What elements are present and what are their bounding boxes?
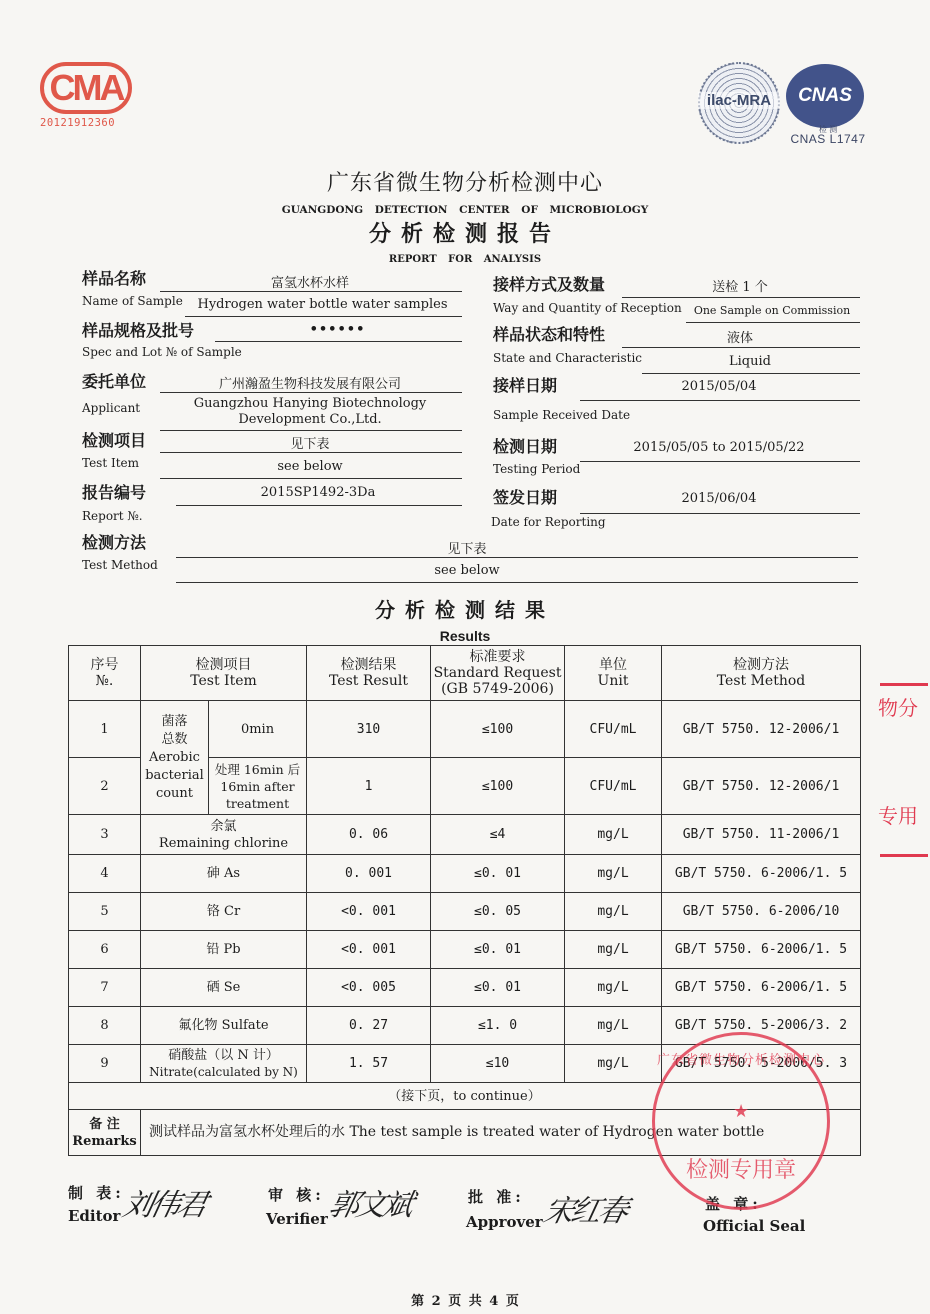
row-item: 氟化物 Sulfate bbox=[141, 1007, 307, 1045]
seal-star-icon: ★ bbox=[733, 1101, 749, 1122]
row-unit: mg/L bbox=[565, 969, 662, 1007]
cma-logo: CMA bbox=[40, 62, 132, 114]
side-seal-bar bbox=[880, 854, 928, 857]
row-method: GB/T 5750. 6-2006/1. 5 bbox=[662, 855, 861, 893]
divider bbox=[176, 505, 462, 506]
table-row: 1 菌落总数 Aerobicbacterialcount 0min 310 ≤1… bbox=[69, 701, 861, 758]
cnas-number: CNAS L1747 bbox=[786, 132, 870, 146]
table-row: 3 余氯Remaining chlorine 0. 06 ≤4 mg/L GB/… bbox=[69, 815, 861, 855]
row-result: 0. 06 bbox=[307, 815, 431, 855]
row-unit: mg/L bbox=[565, 1045, 662, 1083]
test-method-value-en: see below bbox=[176, 563, 758, 578]
row-no: 9 bbox=[69, 1045, 141, 1083]
test-item-label-cn: 检测项目 bbox=[82, 428, 146, 451]
divider bbox=[160, 478, 462, 479]
row-standard: ≤10 bbox=[431, 1045, 565, 1083]
row-result: 310 bbox=[307, 701, 431, 758]
ilac-mra-text: ilac-MRA bbox=[698, 92, 780, 109]
spec-lot-label-cn: 样品规格及批号 bbox=[82, 318, 194, 341]
row-result: 0. 27 bbox=[307, 1007, 431, 1045]
row-result: 1. 57 bbox=[307, 1045, 431, 1083]
report-title-cn: 分析检测报告 bbox=[0, 217, 930, 248]
verifier-label-cn: 审 核: bbox=[268, 1184, 325, 1205]
row-unit: mg/L bbox=[565, 1007, 662, 1045]
row-item: 余氯Remaining chlorine bbox=[141, 815, 307, 855]
divider bbox=[215, 341, 462, 342]
side-seal-top-text: 物分 bbox=[878, 692, 930, 721]
reception-value-cn: 送检 1 个 bbox=[622, 276, 858, 295]
received-date-label-cn: 接样日期 bbox=[493, 373, 557, 396]
header-test-result: 检测结果Test Result bbox=[307, 646, 431, 701]
row-standard: ≤100 bbox=[431, 701, 565, 758]
row-item: 处理 16min 后16min aftertreatment bbox=[209, 758, 307, 815]
reception-label-cn: 接样方式及数量 bbox=[493, 272, 605, 295]
state-label-cn: 样品状态和特性 bbox=[493, 322, 605, 345]
table-header-row: 序号№. 检测项目Test Item 检测结果Test Result 标准要求S… bbox=[69, 646, 861, 701]
seal-bottom-text: 检测专用章 bbox=[655, 1153, 827, 1184]
divider bbox=[160, 291, 462, 292]
header-test-item: 检测项目Test Item bbox=[141, 646, 307, 701]
divider bbox=[160, 392, 462, 393]
row-result: <0. 001 bbox=[307, 931, 431, 969]
report-no-value: 2015SP1492-3Da bbox=[176, 485, 460, 500]
divider bbox=[642, 373, 860, 374]
applicant-value-en-1: Guangzhou Hanying Biotechnology bbox=[160, 396, 460, 411]
row-method: GB/T 5750. 6-2006/1. 5 bbox=[662, 969, 861, 1007]
row-standard: ≤1. 0 bbox=[431, 1007, 565, 1045]
table-row: 7 硒 Se <0. 005 ≤0. 01 mg/L GB/T 5750. 6-… bbox=[69, 969, 861, 1007]
test-item-label-en: Test Item bbox=[82, 456, 139, 470]
verifier-label-en: Verifier bbox=[266, 1210, 328, 1228]
testing-period-label-en: Testing Period bbox=[493, 462, 580, 476]
row-result: <0. 005 bbox=[307, 969, 431, 1007]
report-date-label-en: Date for Reporting bbox=[491, 515, 606, 529]
row-no: 8 bbox=[69, 1007, 141, 1045]
seal-label-en: Official Seal bbox=[703, 1217, 805, 1235]
sample-name-label-en: Name of Sample bbox=[82, 294, 183, 308]
row-method: GB/T 5750. 12-2006/1 bbox=[662, 758, 861, 815]
row-method: GB/T 5750. 12-2006/1 bbox=[662, 701, 861, 758]
official-seal-stamp: 广东省微生物分析检测中心 ★ 检测专用章 bbox=[652, 1032, 830, 1210]
received-date-label-en: Sample Received Date bbox=[493, 408, 630, 422]
row-method: GB/T 5750. 6-2006/1. 5 bbox=[662, 931, 861, 969]
testing-period-label-cn: 检测日期 bbox=[493, 434, 557, 457]
row-result: 0. 001 bbox=[307, 855, 431, 893]
side-seal-bar bbox=[880, 683, 928, 686]
divider bbox=[185, 316, 462, 317]
page-number: 第 2 页 共 4 页 bbox=[0, 1290, 930, 1309]
divider bbox=[686, 322, 860, 323]
divider bbox=[160, 452, 462, 453]
applicant-value-en-2: Development Co.,Ltd. bbox=[160, 412, 460, 427]
row-unit: CFU/mL bbox=[565, 701, 662, 758]
row-unit: mg/L bbox=[565, 815, 662, 855]
results-title-en: Results bbox=[0, 628, 930, 644]
row-item: 铅 Pb bbox=[141, 931, 307, 969]
cma-number: 20121912360 bbox=[40, 117, 140, 129]
row-no: 6 bbox=[69, 931, 141, 969]
divider bbox=[622, 347, 860, 348]
row-item: 硒 Se bbox=[141, 969, 307, 1007]
row-result: 1 bbox=[307, 758, 431, 815]
divider bbox=[580, 461, 860, 462]
received-date-value: 2015/05/04 bbox=[580, 379, 858, 394]
row-standard: ≤0. 01 bbox=[431, 855, 565, 893]
divider bbox=[580, 513, 860, 514]
divider bbox=[580, 400, 860, 401]
row-unit: mg/L bbox=[565, 931, 662, 969]
row-standard: ≤0. 05 bbox=[431, 893, 565, 931]
approver-label-cn: 批 准: bbox=[468, 1186, 525, 1207]
row-result: <0. 001 bbox=[307, 893, 431, 931]
row-standard: ≤100 bbox=[431, 758, 565, 815]
remarks-label: 备 注Remarks bbox=[69, 1110, 141, 1156]
sample-name-value-cn: 富氢水杯水样 bbox=[160, 272, 460, 291]
row-method: GB/T 5750. 11-2006/1 bbox=[662, 815, 861, 855]
row-standard: ≤4 bbox=[431, 815, 565, 855]
spec-lot-value: •••••• bbox=[215, 322, 460, 337]
cnas-logo: CNAS bbox=[786, 64, 864, 128]
row-method: GB/T 5750. 6-2006/10 bbox=[662, 893, 861, 931]
row-no: 5 bbox=[69, 893, 141, 931]
applicant-label-cn: 委托单位 bbox=[82, 369, 146, 392]
reception-label-en: Way and Quantity of Reception bbox=[493, 301, 682, 315]
divider bbox=[176, 557, 858, 558]
header-unit: 单位Unit bbox=[565, 646, 662, 701]
test-item-value-cn: 见下表 bbox=[160, 433, 460, 452]
row-unit: CFU/mL bbox=[565, 758, 662, 815]
aerobic-group-label: 菌落总数 Aerobicbacterialcount bbox=[141, 701, 209, 815]
state-label-en: State and Characteristic bbox=[493, 351, 642, 365]
header-test-method: 检测方法Test Method bbox=[662, 646, 861, 701]
org-title-en: GUANGDONG DETECTION CENTER OF MICROBIOLO… bbox=[0, 204, 930, 216]
report-no-label-cn: 报告编号 bbox=[82, 480, 146, 503]
report-title-en: REPORT FOR ANALYSIS bbox=[0, 254, 930, 265]
row-no: 2 bbox=[69, 758, 141, 815]
row-no: 4 bbox=[69, 855, 141, 893]
state-value-en: Liquid bbox=[642, 354, 858, 369]
row-item: 硝酸盐（以 N 计）Nitrate(calculated by N) bbox=[141, 1045, 307, 1083]
row-no: 7 bbox=[69, 969, 141, 1007]
divider bbox=[160, 430, 462, 431]
table-row: 4 砷 As 0. 001 ≤0. 01 mg/L GB/T 5750. 6-2… bbox=[69, 855, 861, 893]
header-no: 序号№. bbox=[69, 646, 141, 701]
results-title-cn: 分析检测结果 bbox=[0, 594, 930, 623]
divider bbox=[176, 582, 858, 583]
editor-label-cn: 制 表: bbox=[68, 1182, 125, 1203]
approver-signature: 宋红春 bbox=[540, 1186, 630, 1230]
applicant-value-cn: 广州瀚盈生物科技发展有限公司 bbox=[160, 373, 460, 392]
editor-label-en: Editor bbox=[68, 1207, 120, 1225]
test-method-label-cn: 检测方法 bbox=[82, 530, 146, 553]
test-method-label-en: Test Method bbox=[82, 558, 158, 572]
sample-name-value-en: Hydrogen water bottle water samples bbox=[185, 297, 460, 312]
applicant-label-en: Applicant bbox=[82, 401, 140, 415]
table-row: 5 铬 Cr <0. 001 ≤0. 05 mg/L GB/T 5750. 6-… bbox=[69, 893, 861, 931]
report-date-label-cn: 签发日期 bbox=[493, 485, 557, 508]
header-standard: 标准要求Standard Request(GB 5749-2006) bbox=[431, 646, 565, 701]
sample-name-label-cn: 样品名称 bbox=[82, 266, 146, 289]
verifier-signature: 郭文斌 bbox=[325, 1180, 415, 1224]
report-date-value: 2015/06/04 bbox=[580, 491, 858, 506]
row-no: 3 bbox=[69, 815, 141, 855]
row-item: 0min bbox=[209, 701, 307, 758]
row-no: 1 bbox=[69, 701, 141, 758]
seal-arc-text: 广东省微生物分析检测中心 bbox=[655, 1049, 827, 1068]
approver-label-en: Approver bbox=[466, 1213, 543, 1231]
test-item-value-en: see below bbox=[160, 459, 460, 474]
row-unit: mg/L bbox=[565, 855, 662, 893]
side-seal-bottom-text: 专用 bbox=[878, 800, 930, 829]
row-unit: mg/L bbox=[565, 893, 662, 931]
table-row: 6 铅 Pb <0. 001 ≤0. 01 mg/L GB/T 5750. 6-… bbox=[69, 931, 861, 969]
reception-value-en: One Sample on Commission bbox=[686, 304, 858, 317]
editor-signature: 刘伟君 bbox=[119, 1180, 209, 1224]
org-title-cn: 广东省微生物分析检测中心 bbox=[0, 166, 930, 197]
row-item: 砷 As bbox=[141, 855, 307, 893]
row-item: 铬 Cr bbox=[141, 893, 307, 931]
test-method-value-cn: 见下表 bbox=[176, 538, 758, 557]
spec-lot-label-en: Spec and Lot № of Sample bbox=[82, 345, 242, 359]
testing-period-value: 2015/05/05 to 2015/05/22 bbox=[580, 440, 858, 455]
divider bbox=[622, 297, 860, 298]
report-no-label-en: Report №. bbox=[82, 509, 143, 523]
state-value-cn: 液体 bbox=[622, 327, 858, 346]
row-standard: ≤0. 01 bbox=[431, 969, 565, 1007]
row-standard: ≤0. 01 bbox=[431, 931, 565, 969]
